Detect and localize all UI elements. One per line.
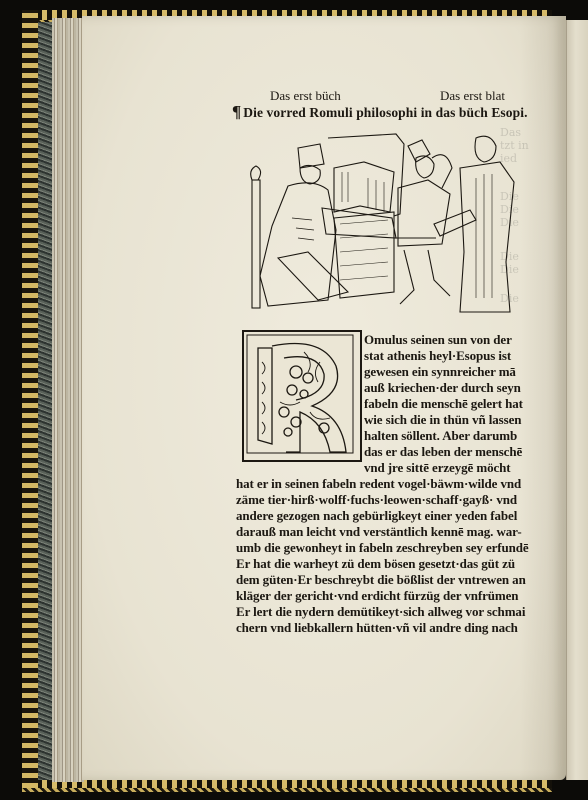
body-text-line: andere gezogen nach gebürligkeyt einer y… — [236, 508, 517, 524]
facing-page-edge — [566, 20, 588, 780]
body-text-line: umb die gewonheyt in fabeln zeschreyben … — [236, 540, 529, 556]
body-text-line: Er hat die warheyt zü dem bösen gesetzt·… — [236, 556, 515, 572]
body-text-line: stat athenis heyl·Esopus ist — [364, 348, 511, 364]
body-text-line: gewesen ein synnreicher mā — [364, 364, 516, 380]
initial-letter-r-graphic — [244, 332, 356, 456]
body-text-line: das er das leben der menschē — [364, 444, 522, 460]
page-stack-edge — [52, 18, 84, 782]
body-text-line: darauß man leicht vnd verstäntlich kennē… — [236, 524, 522, 540]
gilt-border-left — [22, 10, 38, 788]
body-text-line: dem güten·Er beschreybt die bößlist der … — [236, 572, 526, 588]
woodcut-illustration — [238, 128, 520, 318]
marbled-endpaper — [38, 22, 52, 780]
body-text-line: hat er in seinen fabeln redent vogel·bäw… — [236, 476, 521, 492]
body-text-line: auß kriechen·der durch seyn — [364, 380, 521, 396]
body-text-line: zäme tier·hirß·wolff·fuchs·leowen·schaff… — [236, 492, 517, 508]
chapter-title: ¶Die vorred Romuli philosophi in das büc… — [232, 102, 528, 122]
body-text-line: kläger der gericht·vnd erdicht fürzüg de… — [236, 588, 518, 604]
body-text-line: Omulus seinen sun von der — [364, 332, 512, 348]
body-text-line: wie sich die in thün vñ lassen — [364, 412, 521, 428]
body-text-line: fabeln die menschē gelert hat — [364, 396, 523, 412]
chapter-title-text: Die vorred Romuli philosophi in das büch… — [243, 105, 527, 120]
decorated-initial — [242, 330, 362, 462]
body-text-line: Er lert die nydern demütikeyt·sich allwe… — [236, 604, 525, 620]
body-text-line: chern vnd liebkallern hütten·vñ vil andr… — [236, 620, 518, 636]
body-text-line: vnd jre sittē erzeygē möcht — [364, 460, 511, 476]
body-text-line: halten söllent. Aber darumb — [364, 428, 517, 444]
pilcrow-mark: ¶ — [232, 102, 241, 121]
